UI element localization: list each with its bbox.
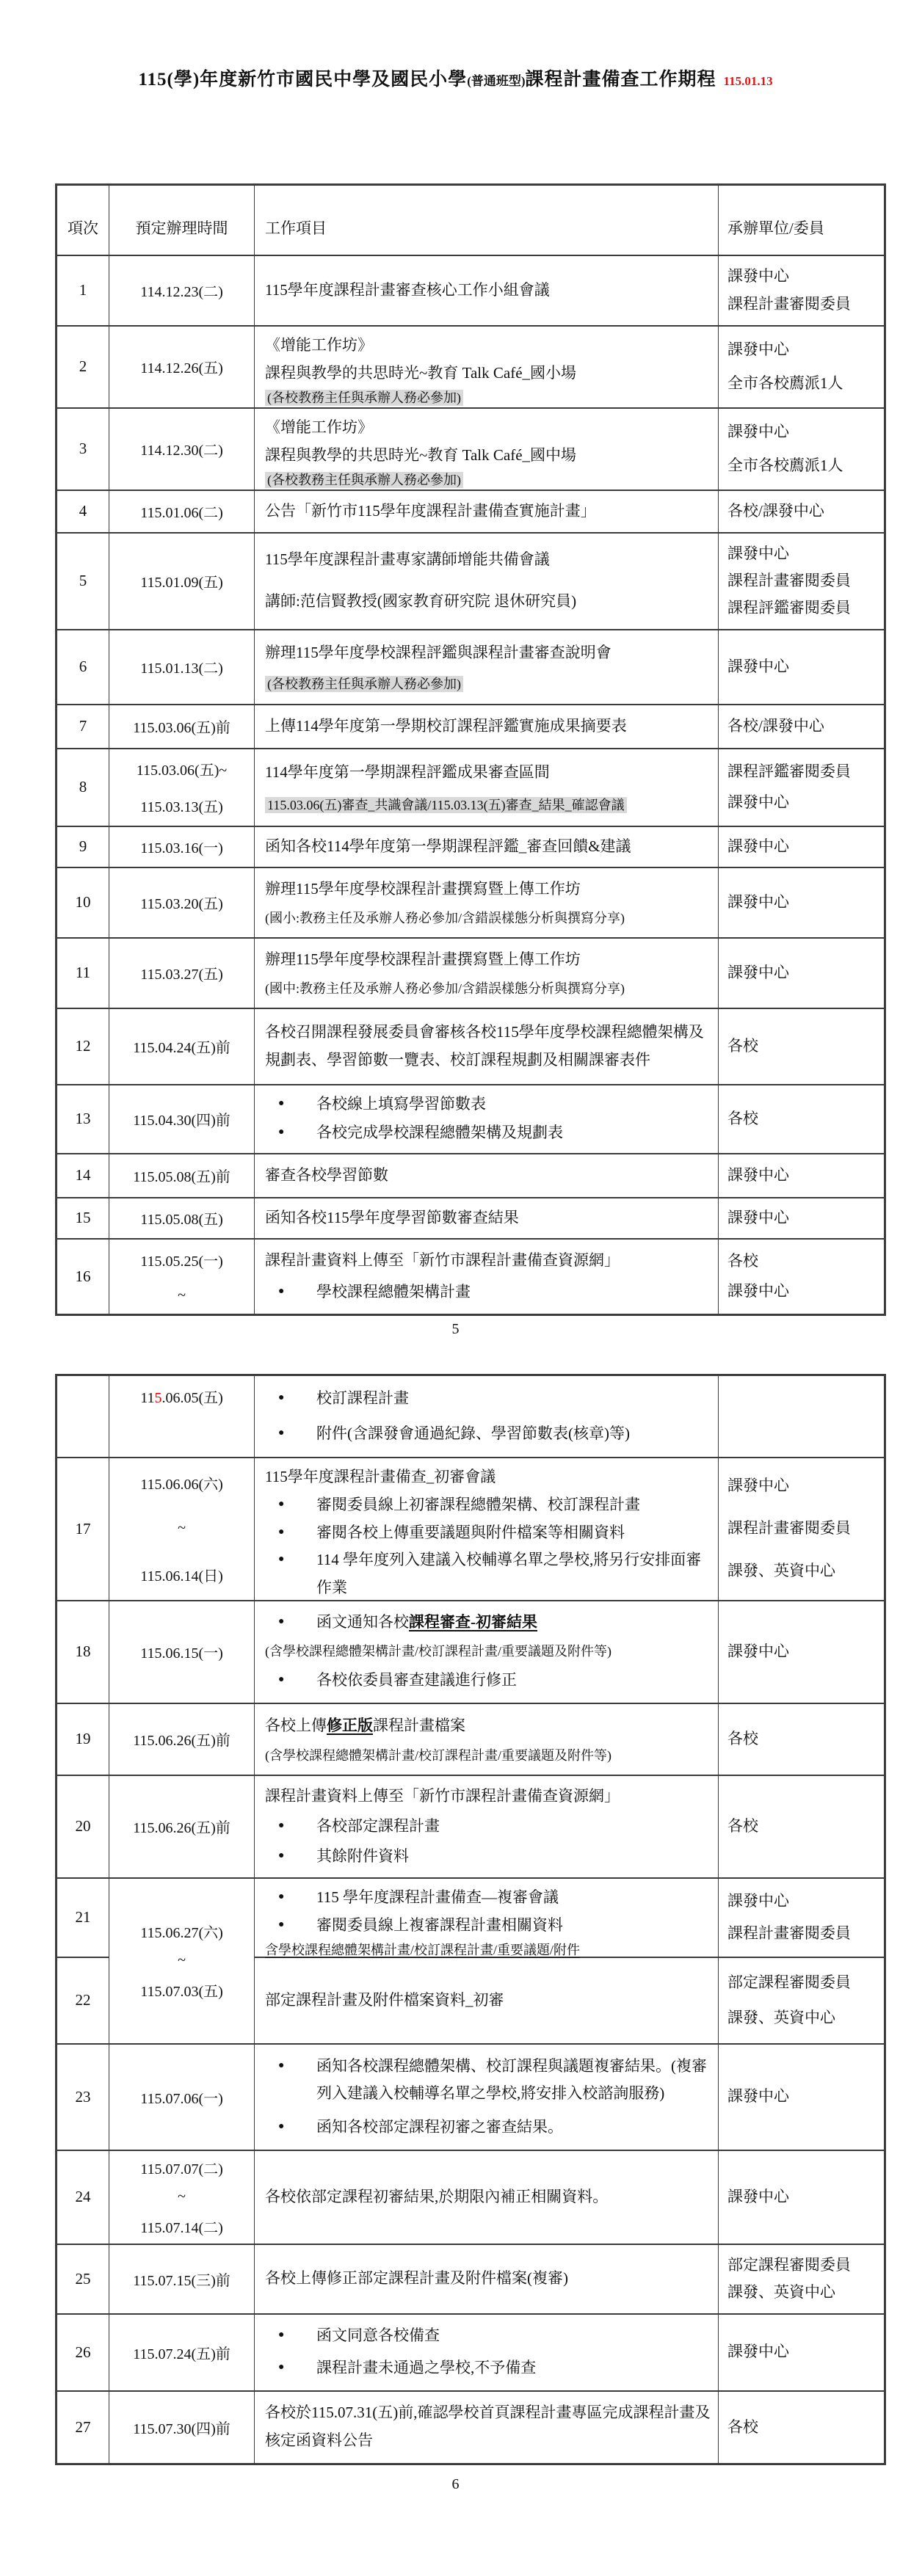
text-segment: 函知各校部定課程初審之審查結果。 <box>316 2118 563 2136</box>
bullet-icon: ● <box>265 1519 316 1546</box>
unit-lines: 各校 <box>719 1010 884 1083</box>
work-item-cell: 上傳114學年度第一學期校訂課程評鑑實施成果摘要表 <box>255 705 719 749</box>
work-item-cell: 辦理115學年度學校課程評鑑與課程計畫審查說明會(各校教務主任與承辦人務必參加) <box>255 630 719 705</box>
line-text: (含學校課程總體架構計畫/校訂課程計畫/重要議題及附件等) <box>265 1748 611 1763</box>
line-text: (國小:教務主任及承辦人務必參加/含錯誤樣態分析與撰寫分享) <box>265 911 625 925</box>
responsible-unit-cell: 課發中心課程計畫審閱委員 <box>719 1878 885 1957</box>
responsible-unit-cell: 課程評鑑審閱委員課發中心 <box>719 749 885 826</box>
work-bullet-line: ●各校完成學校課程總體架構及規劃表 <box>265 1119 711 1147</box>
work-lines: 辦理115學年度學校課程計畫撰寫暨上傳工作坊(國小:教務主任及承辦人務必參加/含… <box>255 869 718 936</box>
scheduled-date-cell: 114.12.26(五) <box>109 326 255 408</box>
responsible-unit-cell: 課發中心 <box>719 1198 885 1239</box>
text-segment: 115學年度課程計畫備查_初審會議 <box>265 1468 496 1485</box>
work-line: 部定課程計畫及附件檔案資料_初審 <box>265 1987 711 2015</box>
date-lines: 115.06.06(六)~115.06.14(日) <box>109 1459 254 1598</box>
text-segment: 114.12.23(二) <box>140 284 223 300</box>
date-line: 115.01.13(二) <box>140 656 223 677</box>
date-line: 115.03.16(一) <box>140 836 223 857</box>
scheduled-date-cell: 115.07.06(一) <box>109 2044 255 2150</box>
text-segment: (含學校課程總體架構計畫/校訂課程計畫/重要議題及附件等) <box>265 1748 611 1763</box>
scheduled-date-cell: 114.12.23(二) <box>109 255 255 326</box>
scheduled-date-cell: 115.03.06(五)~115.03.13(五) <box>109 749 255 826</box>
work-bullet-line: ●各校部定課程計畫 <box>265 1813 711 1841</box>
date-line: 114.12.23(二) <box>140 280 223 301</box>
text-segment: 辦理115學年度學校課程評鑑與課程計畫審查說明會 <box>265 644 611 661</box>
unit-lines: 課發中心 <box>719 631 884 702</box>
line-text: 審閱委員線上複審課程計畫相關資料 <box>316 1912 711 1940</box>
responsible-unit-cell: 課發中心課程計畫審閱委員課程評鑑審閱委員 <box>719 533 885 630</box>
unit-line: 部定課程審閱委員 <box>727 1973 881 1993</box>
scheduled-date-cell: 115.03.06(五)前 <box>109 705 255 749</box>
unit-lines: 課發中心 <box>719 1199 884 1237</box>
date-line: ~ <box>178 2188 186 2205</box>
work-bullet-line: ●115 學年度課程計畫備查—複審會議 <box>265 1884 711 1912</box>
item-no-cell: 24 <box>57 2150 109 2244</box>
table-row: 7115.03.06(五)前上傳114學年度第一學期校訂課程評鑑實施成果摘要表各… <box>57 705 885 749</box>
date-line: 115.06.15(一) <box>140 1641 223 1662</box>
text-segment: 課程計畫資料上傳至「新竹市課程計畫備查資源網」 <box>265 1787 620 1805</box>
table-row: 15115.05.08(五)函知各校115學年度學習節數審查結果課發中心 <box>57 1198 885 1239</box>
table-row: 24115.07.07(二)~115.07.14(二)各校依部定課程初審結果,於… <box>57 2150 885 2244</box>
table-row: 1114.12.23(二)115學年度課程計畫審查核心工作小組會議課發中心課程計… <box>57 255 885 326</box>
text-segment: (各校教務主任與承辦人務必參加) <box>267 390 461 405</box>
text-segment: 函文通知各校 <box>316 1613 409 1631</box>
bullet-icon: ● <box>265 1278 316 1305</box>
date-lines: 115.03.06(五)~115.03.13(五) <box>109 750 254 824</box>
scheduled-date-cell: 115.06.27(六)~115.07.03(五) <box>109 1878 255 2044</box>
text-segment: 含學校課程總體架構計畫/校訂課程計畫/重要議題/附件 <box>265 1943 580 1957</box>
date-line: 115.07.14(二) <box>140 2216 223 2237</box>
line-text: 課程與教學的共思時光~教育 Talk Café_國小場 <box>265 364 576 382</box>
unit-lines: 課發中心 <box>719 939 884 1006</box>
text-segment: 部定課程計畫及附件檔案資料_初審 <box>265 1991 504 2009</box>
work-line: 函知各校114學年度第一學期課程評鑑_審查回饋&建議 <box>265 833 711 861</box>
text-segment: 課程審查-初審結果 <box>409 1613 537 1631</box>
work-bullet-line: ●函知各校部定課程初審之審查結果。 <box>265 2114 711 2142</box>
unit-line: 課發中心 <box>727 1165 881 1185</box>
text-segment: 辦理115學年度學校課程計畫撰寫暨上傳工作坊 <box>265 880 581 898</box>
unit-line: 各校 <box>727 1729 881 1749</box>
table-row: 115.06.05(五)●校訂課程計畫●附件(含課發會通過紀錄、學習節數表(核章… <box>57 1375 885 1458</box>
work-lines: ●函知各校課程總體架構、校訂課程與議題複審結果。(複審列入建議入校輔導名單之學校… <box>255 2045 718 2148</box>
text-segment: (國中:教務主任及承辦人務必參加/含錯誤樣態分析與撰寫分享) <box>265 981 625 996</box>
item-no-cell <box>57 1375 109 1458</box>
work-item-cell: 各校上傳修正部定課程計畫及附件檔案(複審) <box>255 2244 719 2314</box>
text-segment: 115.03.20(五) <box>140 896 223 912</box>
work-line: 各校召開課程發展委員會審核各校115學年度學校課程總體架構及規劃表、學習節數一覽… <box>265 1019 711 1074</box>
scheduled-date-cell: 115.07.15(三)前 <box>109 2244 255 2314</box>
line-text: 課程計畫未通過之學校,不予備查 <box>316 2354 711 2382</box>
responsible-unit-cell: 各校 <box>719 2391 885 2464</box>
responsible-unit-cell: 課發中心 <box>719 1601 885 1703</box>
table-row: 2114.12.26(五)《增能工作坊》課程與教學的共思時光~教育 Talk C… <box>57 326 885 408</box>
schedule-table-page-2: 115.06.05(五)●校訂課程計畫●附件(含課發會通過紀錄、學習節數表(核章… <box>55 1374 886 2465</box>
work-line: 辦理115學年度學校課程計畫撰寫暨上傳工作坊 <box>265 876 711 903</box>
text-segment: 11 <box>140 1390 154 1406</box>
text-segment: 各校依委員審查建議進行修正 <box>316 1671 517 1689</box>
work-item-cell: 各校上傳修正版課程計畫檔案(含學校課程總體架構計畫/校訂課程計畫/重要議題及附件… <box>255 1703 719 1775</box>
table-row: 3114.12.30(二)《增能工作坊》課程與教學的共思時光~教育 Talk C… <box>57 408 885 490</box>
scheduled-date-cell: 115.03.27(五) <box>109 938 255 1008</box>
work-item-cell: 《增能工作坊》課程與教學的共思時光~教育 Talk Café_國小場(各校教務主… <box>255 326 719 408</box>
bullet-icon: ● <box>265 1884 316 1910</box>
text-segment: 115.04.30(四)前 <box>133 1113 231 1129</box>
line-text: 辦理115學年度學校課程計畫撰寫暨上傳工作坊 <box>265 950 581 968</box>
responsible-unit-cell: 部定課程審閱委員課發、英資中心 <box>719 1957 885 2044</box>
line-text: 部定課程計畫及附件檔案資料_初審 <box>265 1991 504 2009</box>
work-line: 課程計畫資料上傳至「新竹市課程計畫備查資源網」 <box>265 1247 711 1275</box>
work-lines: 115學年度課程計畫專家講師增能共備會議講師:范信賢教授(國家教育研究院 退休研… <box>255 534 718 627</box>
scheduled-date-cell: 115.03.16(一) <box>109 826 255 867</box>
text-segment: 5 <box>154 1390 161 1406</box>
text-segment: 115.03.06(五)~ <box>137 763 227 779</box>
work-line: (國小:教務主任及承辦人務必參加/含錯誤樣態分析與撰寫分享) <box>265 908 711 929</box>
line-text: 114學年度第一學期課程評鑑成果審查區間 <box>265 763 550 781</box>
work-lines: 部定課程計畫及附件檔案資料_初審 <box>255 1959 718 2042</box>
scheduled-date-cell: 115.06.05(五) <box>109 1375 255 1458</box>
work-line: 各校上傳修正部定課程計畫及附件檔案(複審) <box>265 2265 711 2293</box>
work-lines: 上傳114學年度第一學期校訂課程評鑑實施成果摘要表 <box>255 706 718 746</box>
title-main-part2: 課程計畫備查工作期程 <box>526 70 716 90</box>
unit-lines: 部定課程審閱委員課發、英資中心 <box>719 1959 884 2042</box>
work-line: (含學校課程總體架構計畫/校訂課程計畫/重要議題及附件等) <box>265 1745 711 1767</box>
work-lines: 各校召開課程發展委員會審核各校115學年度學校課程總體架構及規劃表、學習節數一覽… <box>255 1010 718 1083</box>
work-bullet-line: ●審閱委員線上初審課程總體架構、校訂課程計畫 <box>265 1491 711 1519</box>
responsible-unit-cell: 各校/課發中心 <box>719 705 885 749</box>
line-text: 含學校課程總體架構計畫/校訂課程計畫/重要議題/附件 <box>265 1943 580 1957</box>
work-item-cell: 114學年度第一學期課程評鑑成果審查區間115.03.06(五)審查_共識會議/… <box>255 749 719 826</box>
text-segment: 115.07.06(一) <box>140 2091 223 2107</box>
work-item-cell: 115學年度課程計畫專家講師增能共備會議講師:范信賢教授(國家教育研究院 退休研… <box>255 533 719 630</box>
text-segment: .06.05(五) <box>161 1390 222 1406</box>
work-item-cell: 辦理115學年度學校課程計畫撰寫暨上傳工作坊(國小:教務主任及承辦人務必參加/含… <box>255 867 719 938</box>
work-lines: 《增能工作坊》課程與教學的共思時光~教育 Talk Café_國中場(各校教務主… <box>255 410 718 488</box>
scheduled-date-cell: 115.07.24(五)前 <box>109 2314 255 2391</box>
responsible-unit-cell: 各校 <box>719 1775 885 1878</box>
bullet-icon: ● <box>265 2322 316 2348</box>
unit-lines: 各校課發中心 <box>719 1240 884 1313</box>
text-segment: 函知各校114學年度第一學期課程評鑑_審查回饋&建議 <box>265 837 631 855</box>
line-text: 各校線上填寫學習節數表 <box>316 1091 711 1118</box>
work-line: 114學年度第一學期課程評鑑成果審查區間 <box>265 759 711 787</box>
unit-line: 課程計畫審閱委員 <box>727 1518 881 1538</box>
date-line: 115.06.26(五)前 <box>133 1816 231 1837</box>
text-segment: 115.03.13(五) <box>140 799 223 815</box>
text-segment: 114學年度第一學期課程評鑑成果審查區間 <box>265 763 550 781</box>
unit-line: 課程計畫審閱委員 <box>727 571 881 591</box>
document-title: 115(學)年度新竹市國民中學及國民小學(普通班型)課程計畫備查工作期程115.… <box>0 65 911 91</box>
date-lines: 115.06.15(一) <box>109 1602 254 1701</box>
work-item-cell: 部定課程計畫及附件檔案資料_初審 <box>255 1957 719 2044</box>
bullet-icon: ● <box>265 2053 316 2079</box>
date-line: 115.07.03(五) <box>140 1979 223 2001</box>
line-text: (國中:教務主任及承辦人務必參加/含錯誤樣態分析與撰寫分享) <box>265 981 625 996</box>
date-lines: 114.12.23(二) <box>109 257 254 324</box>
scheduled-date-cell: 115.01.06(二) <box>109 490 255 533</box>
text-segment: ~ <box>178 1952 186 1968</box>
scheduled-date-cell: 115.07.07(二)~115.07.14(二) <box>109 2150 255 2244</box>
line-text: 函文通知各校課程審查-初審結果 <box>316 1609 711 1637</box>
scheduled-date-cell: 115.05.08(五) <box>109 1198 255 1239</box>
text-segment: 115.03.16(一) <box>140 840 223 856</box>
item-no-cell: 19 <box>57 1703 109 1775</box>
unit-line: 課程評鑑審閱委員 <box>727 762 881 782</box>
unit-line: 各校 <box>727 1816 881 1836</box>
date-line: 115.01.09(五) <box>140 570 223 592</box>
bullet-icon: ● <box>265 1091 316 1117</box>
line-text: 審閱委員線上初審課程總體架構、校訂課程計畫 <box>316 1491 711 1519</box>
line-text: 上傳114學年度第一學期校訂課程評鑑實施成果摘要表 <box>265 717 627 735</box>
header-label: 承辦單位/委員 <box>719 202 884 239</box>
unit-lines <box>719 1377 884 1455</box>
date-lines: 115.03.20(五) <box>109 869 254 936</box>
line-text: 115學年度課程計畫專家講師增能共備會議 <box>265 550 550 568</box>
work-bullet-line: ●學校課程總體架構計畫 <box>265 1278 711 1306</box>
table-row: 5115.01.09(五)115學年度課程計畫專家講師增能共備會議講師:范信賢教… <box>57 533 885 630</box>
line-text: 各校上傳修正版課程計畫檔案 <box>265 1717 465 1734</box>
text-segment: 函文同意各校備查 <box>316 2326 440 2344</box>
item-no-cell: 9 <box>57 826 109 867</box>
work-item-cell: ●函文通知各校課程審查-初審結果(含學校課程總體架構計畫/校訂課程計畫/重要議題… <box>255 1601 719 1703</box>
work-lines: 辦理115學年度學校課程評鑑與課程計畫審查說明會(各校教務主任與承辦人務必參加) <box>255 631 718 702</box>
line-text: 各校完成學校課程總體架構及規劃表 <box>316 1119 711 1147</box>
unit-line: 全市各校薦派1人 <box>727 456 881 476</box>
work-lines: 函知各校114學年度第一學期課程評鑑_審查回饋&建議 <box>255 828 718 865</box>
text-segment: 115.06.27(六) <box>140 1925 223 1941</box>
work-bullet-line: ●其餘附件資料 <box>265 1843 711 1871</box>
work-lines: ●各校線上填寫學習節數表●各校完成學校課程總體架構及規劃表 <box>255 1086 718 1151</box>
unit-line: 全市各校薦派1人 <box>727 374 881 393</box>
table-row: 4115.01.06(二)公告「新竹市115學年度課程計畫備查實施計畫」各校/課… <box>57 490 885 533</box>
unit-line: 課發中心 <box>727 2342 881 2362</box>
date-lines: 115.05.08(五) <box>109 1199 254 1237</box>
unit-line: 課發中心 <box>727 1642 881 1662</box>
date-lines: 115.06.26(五)前 <box>109 1777 254 1876</box>
work-lines: 各校依部定課程初審結果,於期限內補正相關資料。 <box>255 2152 718 2242</box>
date-lines: 115.04.30(四)前 <box>109 1086 254 1151</box>
scheduled-date-cell: 115.06.26(五)前 <box>109 1703 255 1775</box>
text-segment: ~ <box>178 1287 186 1303</box>
line-text: 各校召開課程發展委員會審核各校115學年度學校課程總體架構及規劃表、學習節數一覽… <box>265 1023 704 1069</box>
header-responsible-unit: 承辦單位/委員 <box>719 185 885 255</box>
work-line: (各校教務主任與承辦人務必參加) <box>265 470 711 491</box>
unit-line: 課程計畫審閱委員 <box>727 1924 881 1943</box>
date-lines: 114.12.30(二) <box>109 410 254 488</box>
text-segment: 審閱委員線上複審課程計畫相關資料 <box>316 1916 563 1934</box>
work-line: 講師:范信賢教授(國家教育研究院 退休研究員) <box>265 588 711 616</box>
line-text: 辦理115學年度學校課程計畫撰寫暨上傳工作坊 <box>265 880 581 898</box>
text-segment: 《增能工作坊》 <box>265 336 373 354</box>
work-item-cell: ●各校線上填寫學習節數表●各校完成學校課程總體架構及規劃表 <box>255 1085 719 1154</box>
text-segment: 115.03.27(五) <box>140 967 223 983</box>
text-segment: 修正版 <box>327 1717 373 1734</box>
work-line: 辦理115學年度學校課程計畫撰寫暨上傳工作坊 <box>265 946 711 974</box>
work-lines: 115學年度課程計畫審查核心工作小組會議 <box>255 257 718 324</box>
date-lines: 115.01.09(五) <box>109 534 254 627</box>
unit-line: 課發中心 <box>727 892 881 912</box>
text-segment: 各校上傳 <box>265 1717 327 1734</box>
work-line: 115學年度課程計畫專家講師增能共備會議 <box>265 546 711 574</box>
text-segment: 115.06.26(五)前 <box>133 1733 231 1749</box>
scheduled-date-cell: 115.06.26(五)前 <box>109 1775 255 1878</box>
unit-line: 部定課程審閱委員 <box>727 2255 881 2275</box>
unit-line: 課發中心 <box>727 1208 881 1228</box>
bullet-icon: ● <box>265 1385 316 1411</box>
text-segment: 115 學年度課程計畫備查—複審會議 <box>316 1888 559 1906</box>
work-lines: 課程計畫資料上傳至「新竹市課程計畫備查資源網」●各校部定課程計畫●其餘附件資料 <box>255 1777 718 1876</box>
unit-lines: 課發中心 <box>719 1602 884 1701</box>
work-lines: 115學年度課程計畫備查_初審會議●審閱委員線上初審課程總體架構、校訂課程計畫●… <box>255 1459 718 1598</box>
unit-line: 課發中心 <box>727 1476 881 1496</box>
work-item-cell: ●115 學年度課程計畫備查—複審會議●審閱委員線上複審課程計畫相關資料含學校課… <box>255 1878 719 1957</box>
text-segment: 115.05.25(一) <box>140 1254 223 1270</box>
scheduled-date-cell: 115.01.13(二) <box>109 630 255 705</box>
work-item-cell: 函知各校115學年度學習節數審查結果 <box>255 1198 719 1239</box>
header-item-no: 項次 <box>57 185 109 255</box>
item-no-cell: 25 <box>57 2244 109 2314</box>
date-lines: 115.07.06(一) <box>109 2045 254 2148</box>
date-line: 115.07.15(三)前 <box>133 2268 231 2290</box>
work-line: 辦理115學年度學校課程評鑑與課程計畫審查說明會 <box>265 639 711 667</box>
unit-line: 課發中心 <box>727 266 881 286</box>
table-row: 19115.06.26(五)前各校上傳修正版課程計畫檔案(含學校課程總體架構計畫… <box>57 1703 885 1775</box>
date-line: 115.03.20(五) <box>140 892 223 913</box>
unit-line: 各校/課發中心 <box>727 501 881 521</box>
date-lines: 115.07.15(三)前 <box>109 2246 254 2312</box>
work-item-cell: 審查各校學習節數 <box>255 1154 719 1198</box>
text-segment: 課程計畫檔案 <box>373 1717 465 1734</box>
text-segment: 114 學年度列入建議入校輔導名單之學校,將另行安排面審作業 <box>316 1551 701 1596</box>
page-number-6: 6 <box>0 2476 911 2493</box>
work-line: 各校依部定課程初審結果,於期限內補正相關資料。 <box>265 2183 711 2211</box>
item-no-cell: 22 <box>57 1957 109 2044</box>
date-lines: 114.12.26(五) <box>109 327 254 406</box>
table-row: 6115.01.13(二)辦理115學年度學校課程評鑑與課程計畫審查說明會(各校… <box>57 630 885 705</box>
line-text: (各校教務主任與承辦人務必參加) <box>265 676 463 692</box>
header-label: 預定辦理時間 <box>109 202 254 239</box>
date-line: 115.07.07(二) <box>140 2157 223 2178</box>
item-no-cell: 11 <box>57 938 109 1008</box>
text-segment: 課程與教學的共思時光~教育 Talk Café_國中場 <box>265 446 576 464</box>
date-lines: 115.01.13(二) <box>109 631 254 702</box>
unit-line: 各校 <box>727 1109 881 1129</box>
work-lines: ●115 學年度課程計畫備查—複審會議●審閱委員線上複審課程計畫相關資料含學校課… <box>255 1880 718 1955</box>
work-line: 課程與教學的共思時光~教育 Talk Café_國中場 <box>265 442 711 470</box>
responsible-unit-cell: 課發中心 <box>719 867 885 938</box>
work-item-cell: 115學年度課程計畫備查_初審會議●審閱委員線上初審課程總體架構、校訂課程計畫●… <box>255 1458 719 1601</box>
table-row: 13115.04.30(四)前●各校線上填寫學習節數表●各校完成學校課程總體架構… <box>57 1085 885 1154</box>
work-bullet-line: ●審閱委員線上複審課程計畫相關資料 <box>265 1912 711 1940</box>
item-no-cell: 6 <box>57 630 109 705</box>
table-row: 20115.06.26(五)前課程計畫資料上傳至「新竹市課程計畫備查資源網」●各… <box>57 1775 885 1878</box>
item-no-cell: 16 <box>57 1239 109 1315</box>
scheduled-date-cell: 115.06.06(六)~115.06.14(日) <box>109 1458 255 1601</box>
bullet-icon: ● <box>265 1667 316 1693</box>
text-segment: 各校依部定課程初審結果,於期限內補正相關資料。 <box>265 2188 608 2205</box>
table-row: 17115.06.06(六)~115.06.14(日)115學年度課程計畫備查_… <box>57 1458 885 1601</box>
line-text: 學校課程總體架構計畫 <box>316 1278 711 1306</box>
work-line: 《增能工作坊》 <box>265 332 711 360</box>
unit-lines: 各校/課發中心 <box>719 492 884 531</box>
unit-lines: 課發中心全市各校薦派1人 <box>719 410 884 488</box>
unit-lines: 各校 <box>719 1777 884 1876</box>
responsible-unit-cell: 各校/課發中心 <box>719 490 885 533</box>
responsible-unit-cell: 課發中心 <box>719 2044 885 2150</box>
date-line: 115.01.06(二) <box>140 501 223 522</box>
unit-line: 課發中心 <box>727 2187 881 2207</box>
work-line: 115學年度課程計畫審查核心工作小組會議 <box>265 277 711 305</box>
work-line: (各校教務主任與承辦人務必參加) <box>265 388 711 409</box>
unit-line: 課發中心 <box>727 837 881 856</box>
work-item-cell: 各校依部定課程初審結果,於期限內補正相關資料。 <box>255 2150 719 2244</box>
work-lines: 辦理115學年度學校課程計畫撰寫暨上傳工作坊(國中:教務主任及承辦人務必參加/含… <box>255 939 718 1006</box>
schedule-table-page-1: 項次預定辦理時間工作項目承辦單位/委員1114.12.23(二)115學年度課程… <box>55 183 886 1316</box>
text-segment: 115.06.06(六) <box>140 1477 223 1493</box>
unit-line: 各校 <box>727 1036 881 1056</box>
line-text: 各校上傳修正部定課程計畫及附件檔案(複審) <box>265 2269 568 2287</box>
responsible-unit-cell <box>719 1375 885 1458</box>
work-lines: 公告「新竹市115學年度課程計畫備查實施計畫」 <box>255 492 718 531</box>
text-segment: 其餘附件資料 <box>316 1847 409 1865</box>
date-line: 115.03.13(五) <box>140 795 223 816</box>
bullet-icon: ● <box>265 1843 316 1869</box>
text-segment: 115.07.14(二) <box>140 2220 223 2236</box>
date-lines: 115.06.05(五) <box>109 1377 254 1455</box>
title-class-type: (普通班型) <box>467 74 525 88</box>
work-item-cell: 函知各校114學年度第一學期課程評鑑_審查回饋&建議 <box>255 826 719 867</box>
text-segment: 115.07.07(二) <box>140 2161 223 2177</box>
unit-lines: 課發中心課程計畫審閱委員 <box>719 1880 884 1955</box>
work-bullet-line: ●各校線上填寫學習節數表 <box>265 1091 711 1118</box>
item-no-cell: 1 <box>57 255 109 326</box>
unit-lines: 課發中心課程計畫審閱委員課發、英資中心 <box>719 1459 884 1598</box>
date-line: 115.06.26(五)前 <box>133 1728 231 1750</box>
text-segment: 上傳114學年度第一學期校訂課程評鑑實施成果摘要表 <box>265 717 627 735</box>
text-segment: 各校上傳修正部定課程計畫及附件檔案(複審) <box>265 2269 568 2287</box>
scheduled-date-cell: 115.04.24(五)前 <box>109 1008 255 1085</box>
item-no-cell: 26 <box>57 2314 109 2391</box>
bullet-icon: ● <box>265 1609 316 1635</box>
text-segment: 114.12.30(二) <box>140 443 223 459</box>
text-segment: 115.03.06(五)前 <box>133 720 231 736</box>
line-text: 115學年度課程計畫備查_初審會議 <box>265 1468 496 1485</box>
item-no-cell: 7 <box>57 705 109 749</box>
table-row: 26115.07.24(五)前●函文同意各校備查●課程計畫未通過之學校,不予備查… <box>57 2314 885 2391</box>
date-line: 115.06.14(日) <box>140 1564 223 1585</box>
line-text: 《增能工作坊》 <box>265 336 373 354</box>
date-lines: 115.03.16(一) <box>109 828 254 865</box>
line-text: 函文同意各校備查 <box>316 2322 711 2350</box>
scheduled-date-cell: 115.01.09(五) <box>109 533 255 630</box>
line-text: 校訂課程計畫 <box>316 1385 711 1413</box>
unit-lines: 各校/課發中心 <box>719 706 884 746</box>
work-lines: ●函文同意各校備查●課程計畫未通過之學校,不予備查 <box>255 2315 718 2389</box>
text-segment: ~ <box>178 2188 186 2205</box>
responsible-unit-cell: 課發中心全市各校薦派1人 <box>719 326 885 408</box>
text-segment: 115.04.24(五)前 <box>133 1040 231 1056</box>
date-line: 114.12.30(二) <box>140 438 223 459</box>
text-segment: 115.07.30(四)前 <box>133 2421 231 2437</box>
line-text: 各校依部定課程初審結果,於期限內補正相關資料。 <box>265 2188 608 2205</box>
item-no-cell: 8 <box>57 749 109 826</box>
table-row: 18115.06.15(一)●函文通知各校課程審查-初審結果(含學校課程總體架構… <box>57 1601 885 1703</box>
responsible-unit-cell: 各校課發中心 <box>719 1239 885 1315</box>
unit-line: 課發中心 <box>727 2086 881 2106</box>
text-segment: 各校於115.07.31(五)前,確認學校首頁課程計畫專區完成課程計畫及核定函資… <box>265 2404 710 2449</box>
text-segment: 各校部定課程計畫 <box>316 1817 440 1835</box>
work-bullet-line: ●114 學年度列入建議入校輔導名單之學校,將另行安排面審作業 <box>265 1546 711 1602</box>
item-no-cell: 23 <box>57 2044 109 2150</box>
